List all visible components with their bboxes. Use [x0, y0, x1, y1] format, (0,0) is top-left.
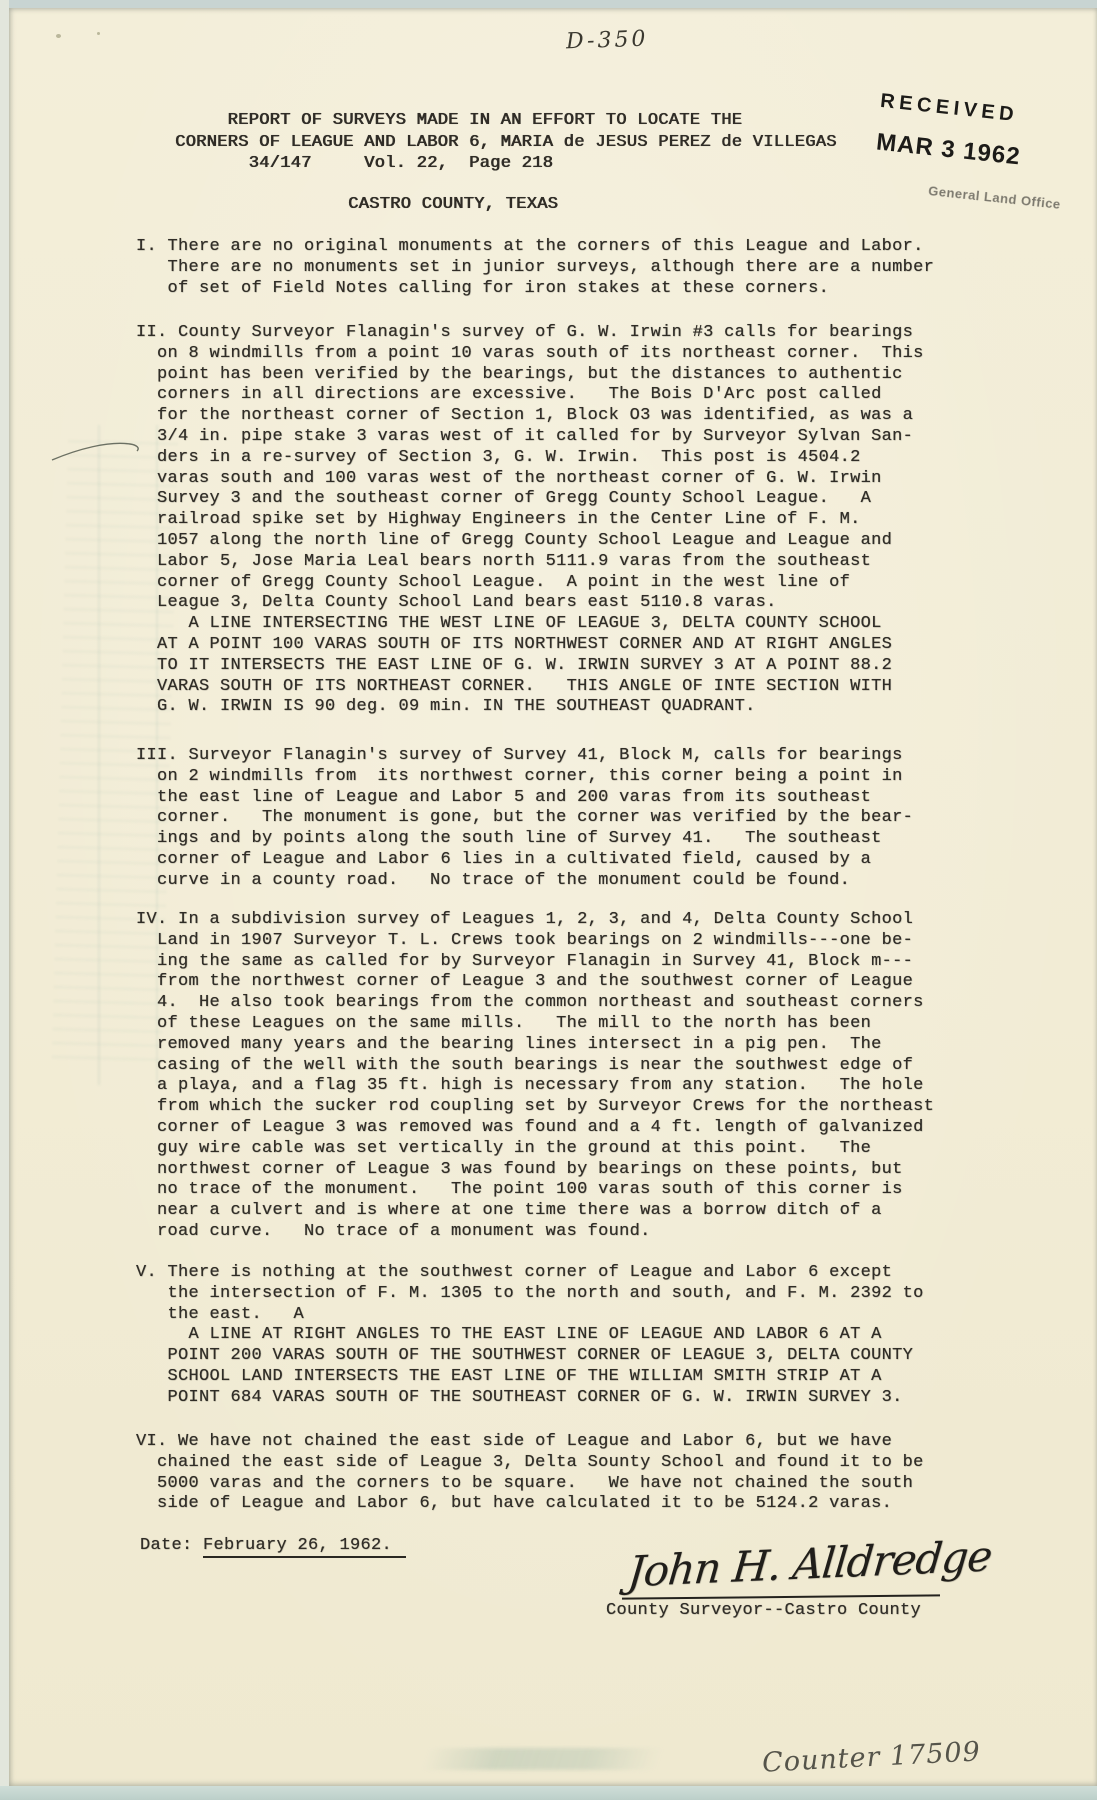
stamp-date-text: MAR 3 1962	[875, 129, 1022, 172]
paragraph-V: V. There is nothing at the southwest cor…	[136, 1263, 924, 1409]
paragraph-II: II. County Surveyor Flanagin's survey of…	[136, 323, 924, 718]
counter-note-handwritten: Counter 17509	[761, 1736, 981, 1778]
paragraph-I: I. There are no original monuments at th…	[136, 237, 934, 299]
county-heading: CASTRO COUNTY, TEXAS	[348, 195, 558, 216]
doc-number-handwritten: D-350	[566, 27, 649, 55]
date-line: Date: February 26, 1962.	[140, 1536, 406, 1557]
date-value: February 26, 1962.	[203, 1536, 406, 1558]
scan-edge-top	[0, 0, 1097, 8]
report-title: REPORT OF SURVEYS MADE IN AN EFFORT TO L…	[175, 110, 837, 175]
paper-speck	[97, 32, 100, 35]
scan-edge-left	[0, 0, 9, 1800]
paper-speck	[56, 34, 61, 38]
pen-check-mark	[50, 436, 150, 466]
scanned-survey-report-page: D-350 RECEIVED MAR 3 1962 General Land O…	[0, 0, 1097, 1800]
paragraph-IV: IV. In a subdivision survey of Leagues 1…	[136, 910, 934, 1243]
signature-rule	[622, 1594, 940, 1599]
signature-title: County Surveyor--Castro County	[606, 1601, 921, 1622]
paragraph-VI: VI. We have not chained the east side of…	[136, 1432, 924, 1515]
stamp-received-text: RECEIVED	[879, 90, 1019, 127]
date-label: Date:	[140, 1536, 203, 1555]
signature-handwriting: John H. Alldredge	[626, 1533, 960, 1597]
scan-edge-bottom	[0, 1786, 1097, 1800]
bleed-through-bottom-note	[421, 1748, 663, 1770]
stamp-office-text: General Land Office	[928, 183, 1062, 212]
paragraph-III: III. Surveyor Flanagin's survey of Surve…	[136, 746, 913, 892]
